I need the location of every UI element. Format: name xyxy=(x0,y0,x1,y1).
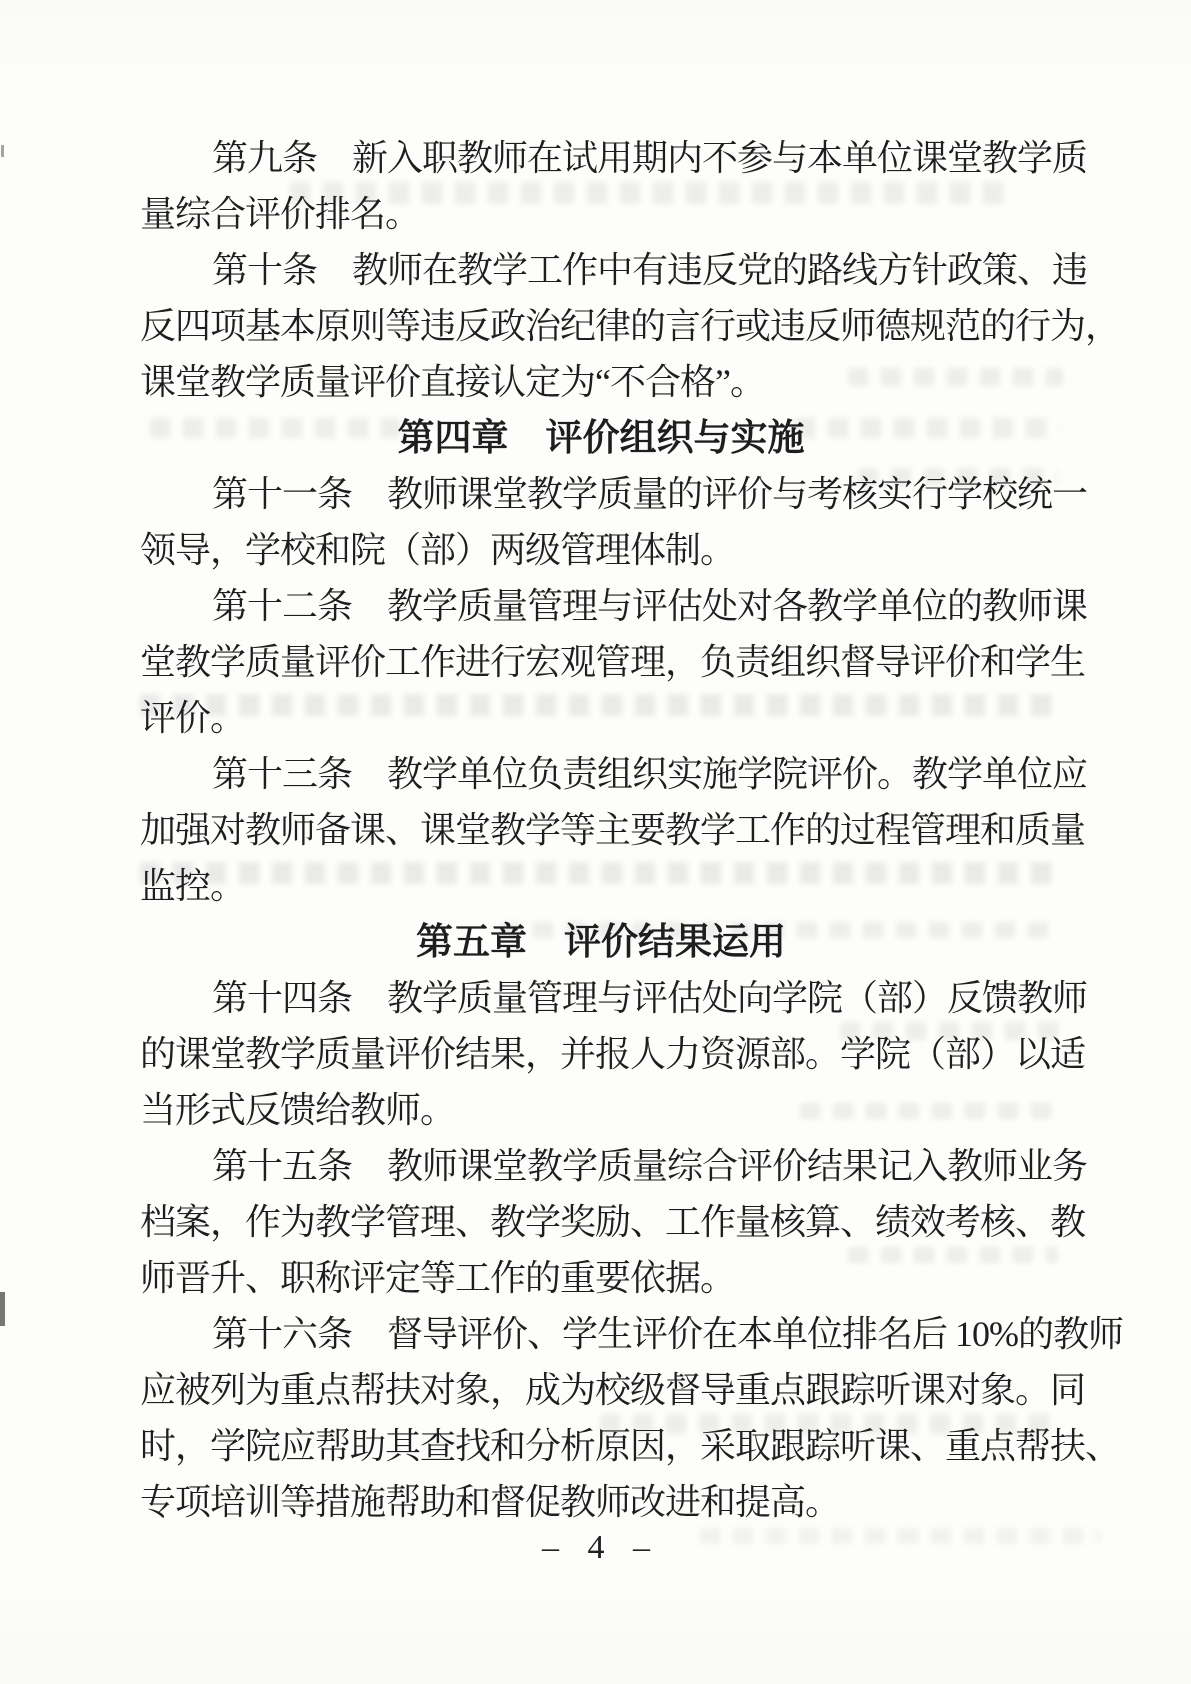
scanned-document-page: 第九条 新入职教师在试用期内不参与本单位课堂教学质 量综合评价排名。 第十条 教… xyxy=(0,0,1191,1684)
chapter-4-heading: 第四章 评价组织与实施 xyxy=(140,410,1062,466)
article-15-line-2: 档案，作为教学管理、教学奖励、工作量核算、绩效考核、教 xyxy=(140,1194,1062,1250)
article-9-line-2: 量综合评价排名。 xyxy=(140,186,1062,242)
article-13-line-2: 加强对教师备课、课堂教学等主要教学工作的过程管理和质量 xyxy=(140,802,1062,858)
article-16-line-3: 时，学院应帮助其查找和分析原因，采取跟踪听课、重点帮扶、 xyxy=(140,1418,1062,1474)
page-number: – 4 – xyxy=(140,1522,1062,1574)
article-14-line-1: 第十四条 教学质量管理与评估处向学院（部）反馈教师 xyxy=(140,970,1062,1026)
article-9-line-1: 第九条 新入职教师在试用期内不参与本单位课堂教学质 xyxy=(140,130,1062,186)
article-14-line-3: 当形式反馈给教师。 xyxy=(140,1082,1062,1138)
article-16-line-2: 应被列为重点帮扶对象，成为校级督导重点跟踪听课对象。同 xyxy=(140,1362,1062,1418)
article-11-line-1: 第十一条 教师课堂教学质量的评价与考核实行学校统一 xyxy=(140,466,1062,522)
article-14-line-2: 的课堂教学质量评价结果，并报人力资源部。学院（部）以适 xyxy=(140,1026,1062,1082)
article-12-line-3: 评价。 xyxy=(140,690,1062,746)
article-12-line-2: 堂教学质量评价工作进行宏观管理，负责组织督导评价和学生 xyxy=(140,634,1062,690)
article-12-line-1: 第十二条 教学质量管理与评估处对各教学单位的教师课 xyxy=(140,578,1062,634)
chapter-5-heading: 第五章 评价结果运用 xyxy=(140,914,1062,970)
scan-edge-mark xyxy=(0,1292,5,1326)
article-13-line-1: 第十三条 教学单位负责组织实施学院评价。教学单位应 xyxy=(140,746,1062,802)
article-15-line-1: 第十五条 教师课堂教学质量综合评价结果记入教师业务 xyxy=(140,1138,1062,1194)
article-11-line-2: 领导，学校和院（部）两级管理体制。 xyxy=(140,522,1062,578)
article-10-line-1: 第十条 教师在教学工作中有违反党的路线方针政策、违 xyxy=(140,242,1062,298)
article-10-line-2: 反四项基本原则等违反政治纪律的言行或违反师德规范的行为， xyxy=(140,298,1062,354)
article-10-line-3: 课堂教学质量评价直接认定为“不合格”。 xyxy=(140,354,1062,410)
document-body: 第九条 新入职教师在试用期内不参与本单位课堂教学质 量综合评价排名。 第十条 教… xyxy=(140,130,1062,1530)
article-13-line-3: 监控。 xyxy=(140,858,1062,914)
scan-edge-mark xyxy=(1,145,4,157)
article-15-line-3: 师晋升、职称评定等工作的重要依据。 xyxy=(140,1250,1062,1306)
article-16-line-1: 第十六条 督导评价、学生评价在本单位排名后 10%的教师 xyxy=(140,1306,1062,1362)
